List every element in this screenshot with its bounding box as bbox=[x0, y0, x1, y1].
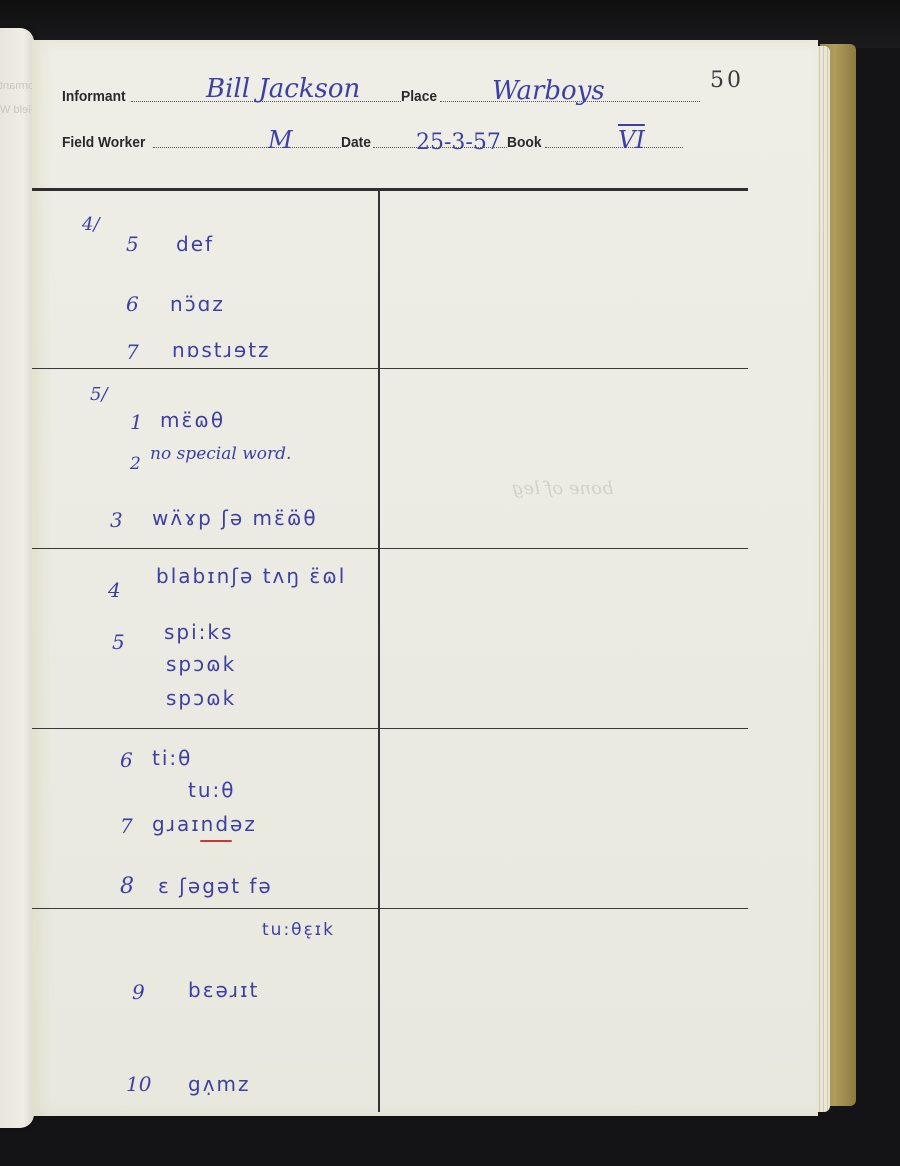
row-divider bbox=[32, 368, 748, 369]
section-marker: 5/ bbox=[90, 384, 108, 405]
entry-number: 5 bbox=[126, 232, 139, 256]
entry-transcription: blabɪnʃə tʌŋ ɛ̈ɷl bbox=[156, 564, 346, 588]
field-worker-field: Field Worker Date Book bbox=[62, 134, 683, 151]
entry-number: 6 bbox=[120, 748, 133, 772]
book-label: Book bbox=[507, 134, 542, 151]
book-value: VI bbox=[618, 126, 645, 154]
entry-number: 7 bbox=[126, 340, 139, 364]
row-divider bbox=[32, 728, 748, 729]
informant-value: Bill Jackson bbox=[206, 74, 360, 104]
entry-alternate: spɔɷk bbox=[166, 652, 236, 676]
entry-number: 7 bbox=[120, 814, 133, 838]
entry-transcription: nɒstɹɘtz bbox=[172, 338, 271, 362]
previous-page-edge: Informant Field W bbox=[0, 28, 34, 1128]
entry-note: no special word. bbox=[150, 444, 291, 464]
date-label: Date bbox=[341, 134, 371, 151]
informant-label: Informant bbox=[62, 88, 126, 105]
entry-transcription: mɛ̈ɷθ bbox=[160, 408, 225, 432]
row-divider bbox=[32, 908, 748, 909]
entry-alternate: tu:θ bbox=[188, 778, 236, 802]
entry-transcription: wʌ̈ɤp ʃə mɛ̈ɷ̈θ bbox=[152, 506, 318, 530]
entry-transcription: gʌ̣mz bbox=[188, 1072, 251, 1096]
place-value: Warboys bbox=[492, 76, 605, 106]
field-worker-line bbox=[153, 147, 341, 148]
red-underline-mark bbox=[200, 840, 232, 842]
field-worker-label: Field Worker bbox=[62, 134, 145, 151]
entry-number: 10 bbox=[126, 1072, 151, 1096]
place-label: Place bbox=[401, 88, 437, 105]
entry-number: 4 bbox=[108, 578, 121, 602]
entry-number: 1 bbox=[130, 410, 143, 434]
page-number: 50 bbox=[710, 68, 744, 93]
entry-transcription: def bbox=[176, 232, 214, 256]
bleed-through-text: bone of leg bbox=[512, 478, 613, 499]
entry-transcription: spi:ks bbox=[164, 620, 233, 644]
entry-transcription: nɔ̈ɑz bbox=[170, 292, 225, 316]
date-value: 25-3-57 bbox=[416, 130, 501, 155]
entry-number: 2 bbox=[130, 454, 141, 474]
row-divider bbox=[32, 548, 748, 549]
entry-number: 9 bbox=[132, 980, 145, 1004]
entry-number: 3 bbox=[110, 508, 123, 532]
header-rule bbox=[32, 188, 748, 191]
book-line bbox=[545, 147, 683, 148]
entry-number: 6 bbox=[126, 292, 139, 316]
entry-number: 8 bbox=[120, 874, 134, 899]
entry-number: 5 bbox=[112, 630, 125, 654]
column-divider bbox=[378, 190, 380, 1112]
field-worker-value: M bbox=[268, 126, 293, 154]
section-marker: 4/ bbox=[82, 214, 100, 235]
entry-alternate: spɔɷk bbox=[166, 686, 236, 710]
entry-transcription: ti:θ bbox=[152, 746, 192, 770]
entry-transcription: ɛ ʃəgət fə bbox=[158, 874, 273, 898]
entry-continuation: tu:θɛ̨ɪk bbox=[262, 920, 335, 940]
notebook-page: 50 Informant Place Bill Jackson Warboys … bbox=[32, 40, 818, 1116]
entry-transcription: bɛəɹɪt bbox=[188, 978, 259, 1002]
entry-transcription: gɹaɪndəz bbox=[152, 812, 257, 836]
